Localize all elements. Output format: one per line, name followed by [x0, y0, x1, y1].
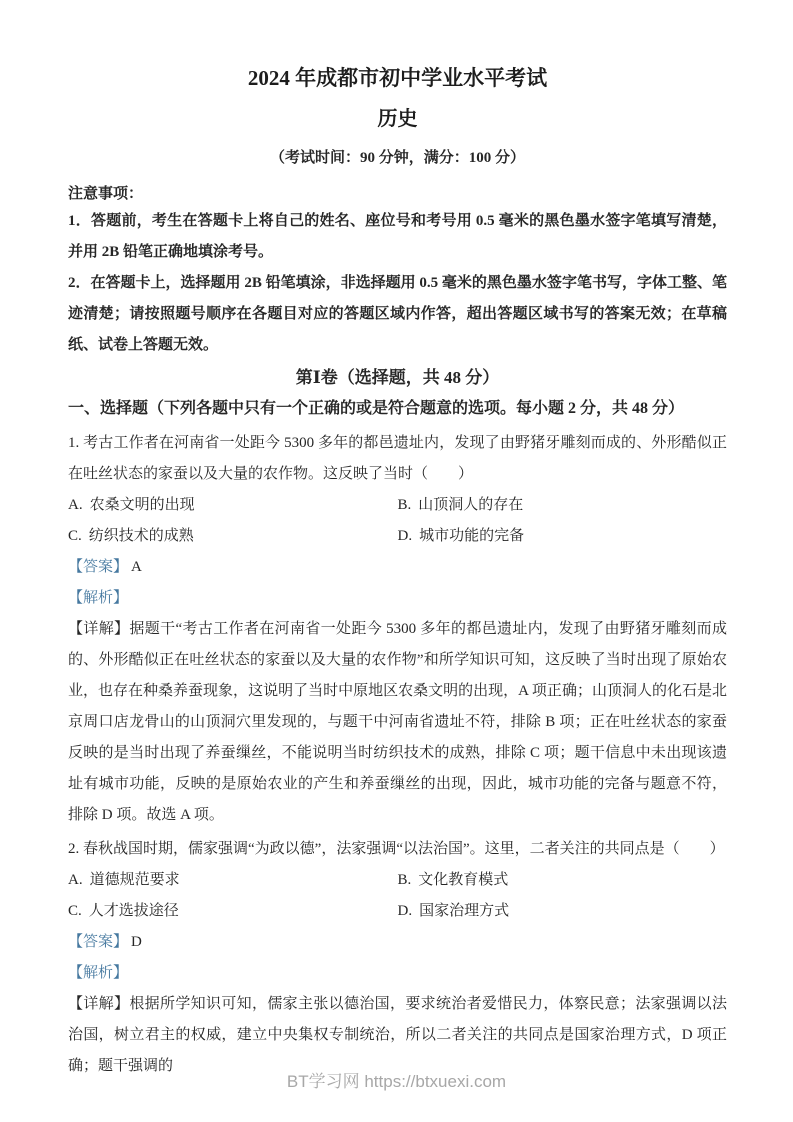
notice-item-1: 1．答题前，考生在答题卡上将自己的姓名、座位号和考号用 0.5 毫米的黑色墨水签…	[68, 206, 727, 268]
option-label: B.	[398, 497, 412, 513]
option-label: B.	[398, 872, 412, 888]
exam-title: 2024 年成都市初中学业水平考试	[68, 64, 727, 92]
question-2-option-b: B.文化教育模式	[398, 865, 728, 896]
option-label: A.	[68, 872, 83, 888]
watermark-footer: BT学习网 https://btxuexi.com	[0, 1067, 793, 1092]
notice-item-2: 2．在答题卡上，选择题用 2B 铅笔填涂，非选择题用 0.5 毫米的黑色墨水签字…	[68, 268, 727, 361]
option-label: C.	[68, 528, 82, 544]
question-2-option-d: D.国家治理方式	[398, 896, 728, 927]
question-1-option-d: D.城市功能的完备	[398, 521, 728, 552]
section-part-title: 一、选择题（下列各题中只有一个正确的或是符合题意的选项。每小题 2 分，共 48…	[68, 393, 727, 425]
question-2-answer-line: 【答案】D	[68, 927, 727, 958]
exam-meta: （考试时间：90 分钟，满分：100 分）	[68, 146, 727, 170]
option-label: D.	[398, 903, 413, 919]
answer-value: D	[131, 934, 142, 950]
question-2-stem: 2. 春秋战国时期，儒家强调“为政以德”，法家强调“以法治国”。这里，二者关注的…	[68, 834, 727, 865]
option-text: 农桑文明的出现	[90, 497, 195, 513]
analysis-tag: 【解析】	[68, 965, 128, 981]
option-text: 人才选拔途径	[89, 903, 179, 919]
answer-tag: 【答案】	[68, 559, 128, 575]
detail-tag: 【详解】	[68, 996, 129, 1012]
answer-value: A	[131, 559, 142, 575]
option-text: 道德规范要求	[90, 872, 180, 888]
option-label: D.	[398, 528, 413, 544]
detail-tag: 【详解】	[68, 621, 129, 637]
detail-text: 据题干“考古工作者在河南省一处距今 5300 多年的都邑遗址内，发现了由野猪牙雕…	[68, 621, 727, 823]
question-1-option-c: C.纺织技术的成熟	[68, 521, 398, 552]
option-text: 城市功能的完备	[419, 528, 524, 544]
question-1-answer-line: 【答案】A	[68, 552, 727, 583]
question-1-option-a: A.农桑文明的出现	[68, 490, 398, 521]
question-1-options: A.农桑文明的出现 B.山顶洞人的存在 C.纺织技术的成熟 D.城市功能的完备	[68, 490, 727, 552]
question-2: 2. 春秋战国时期，儒家强调“为政以德”，法家强调“以法治国”。这里，二者关注的…	[68, 834, 727, 1082]
option-label: C.	[68, 903, 82, 919]
question-1-stem: 1. 考古工作者在河南省一处距今 5300 多年的都邑遗址内，发现了由野猪牙雕刻…	[68, 428, 727, 490]
question-2-analysis-line: 【解析】	[68, 958, 727, 989]
question-1-analysis-line: 【解析】	[68, 583, 727, 614]
analysis-tag: 【解析】	[68, 590, 128, 606]
question-1-option-b: B.山顶洞人的存在	[398, 490, 728, 521]
option-text: 山顶洞人的存在	[418, 497, 523, 513]
notice-heading: 注意事项：	[68, 182, 727, 206]
option-text: 纺织技术的成熟	[89, 528, 194, 544]
option-label: A.	[68, 497, 83, 513]
option-text: 文化教育模式	[418, 872, 508, 888]
question-1-detail: 【详解】据题干“考古工作者在河南省一处距今 5300 多年的都邑遗址内，发现了由…	[68, 614, 727, 831]
question-2-option-a: A.道德规范要求	[68, 865, 398, 896]
detail-text: 根据所学知识可知，儒家主张以德治国，要求统治者爱惜民力，体察民意；法家强调以法治…	[68, 996, 727, 1074]
question-2-options: A.道德规范要求 B.文化教育模式 C.人才选拔途径 D.国家治理方式	[68, 865, 727, 927]
question-1: 1. 考古工作者在河南省一处距今 5300 多年的都邑遗址内，发现了由野猪牙雕刻…	[68, 428, 727, 831]
exam-subject: 历史	[68, 106, 727, 132]
question-2-option-c: C.人才选拔途径	[68, 896, 398, 927]
answer-tag: 【答案】	[68, 934, 128, 950]
section-volume-title: 第Ⅰ卷（选择题，共 48 分）	[68, 363, 727, 393]
exam-document-page: 2024 年成都市初中学业水平考试 历史 （考试时间：90 分钟，满分：100 …	[0, 0, 793, 1122]
option-text: 国家治理方式	[419, 903, 509, 919]
